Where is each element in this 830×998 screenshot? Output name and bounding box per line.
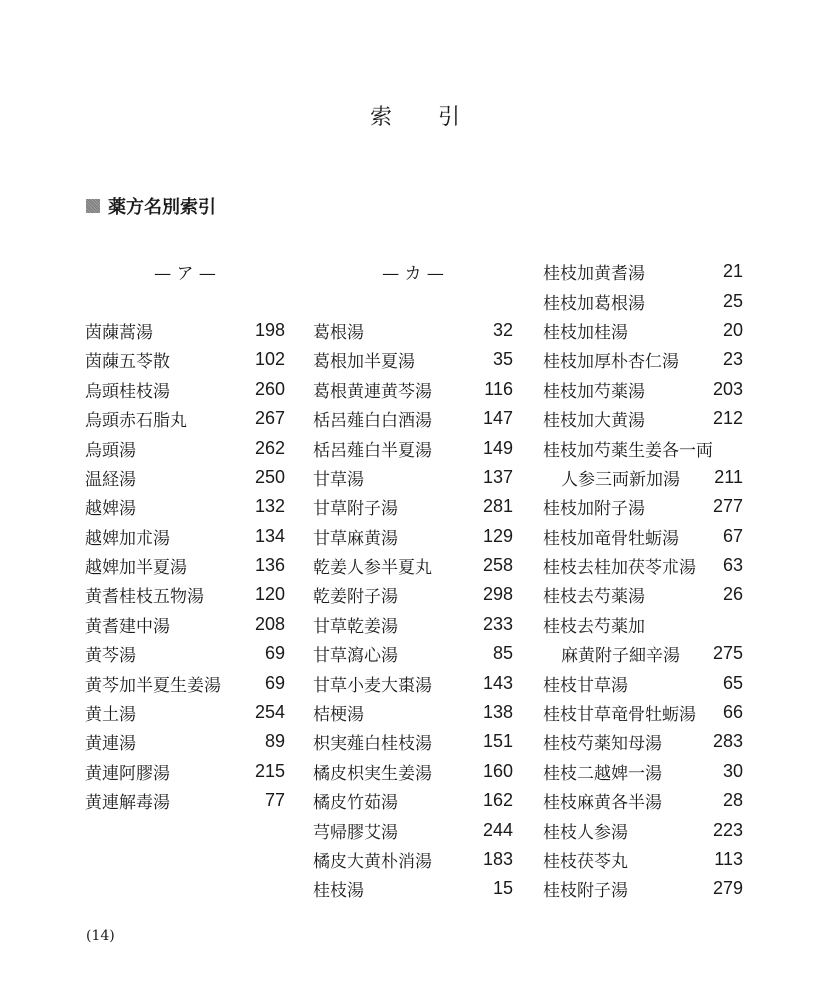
index-column-3: 桂枝加黄耆湯21桂枝加葛根湯25桂枝加桂湯20桂枝加厚朴杏仁湯23桂枝加芍薬湯2… [543,257,743,904]
index-entry: 甘草小麦大棗湯143 [313,668,513,697]
index-entry: 桂枝加竜骨牡蛎湯67 [543,522,743,551]
entry-name: 葛根黄連黄芩湯 [313,377,432,402]
entry-page-number: 233 [483,614,513,635]
entry-name: 橘皮枳実生姜湯 [313,759,432,784]
entry-page-number: 198 [255,320,285,341]
entry-name: 甘草附子湯 [313,494,398,519]
entry-name: 桂枝加黄耆湯 [543,259,645,284]
index-entry: 桂枝加黄耆湯21 [543,257,743,286]
index-entry: 黄耆桂枝五物湯120 [85,580,285,609]
index-entry: 越婢湯132 [85,492,285,521]
entry-page-number: 25 [723,291,743,312]
index-entry: 葛根黄連黄芩湯116 [313,375,513,404]
spacer [313,286,513,315]
entry-page-number: 244 [483,820,513,841]
entry-page-number: 113 [714,849,743,870]
entry-name: 甘草麻黄湯 [313,524,398,549]
entry-name: 桔梗湯 [313,700,364,725]
entry-name: 桂枝加芍薬湯 [543,377,645,402]
index-entry: 栝呂薤白半夏湯149 [313,433,513,462]
entry-name: 黄連解毒湯 [85,788,170,813]
entry-page-number: 267 [255,408,285,429]
entry-name: 橘皮大黄朴消湯 [313,847,432,872]
entry-name: 黄芩湯 [85,641,136,666]
index-entry: 黄耆建中湯208 [85,610,285,639]
entry-name: 葛根湯 [313,318,364,343]
entry-name: 乾姜人参半夏丸 [313,553,432,578]
entry-name: 桂枝加附子湯 [543,494,645,519]
section-title: 薬方名別索引 [108,193,216,219]
entry-page-number: 129 [483,526,513,547]
entry-name: 茵蔯五苓散 [85,347,170,372]
entry-name: 桂枝加桂湯 [543,318,628,343]
index-column-1: — ア —茵蔯蒿湯198茵蔯五苓散102烏頭桂枝湯260烏頭赤石脂丸267烏頭湯… [85,257,285,815]
entry-page-number: 85 [493,643,513,664]
entry-name: 枳実薤白桂枝湯 [313,729,432,754]
entry-name: 桂枝去芍薬湯 [543,582,645,607]
index-entry: 葛根湯32 [313,316,513,345]
page-title: 索引 [0,100,830,131]
entry-name: 黄芩加半夏生姜湯 [85,671,221,696]
entry-name: 桂枝去芍薬加 [543,612,645,637]
entry-page-number: 136 [255,555,285,576]
index-entry: 桂枝二越婢一湯30 [543,757,743,786]
section-header: 薬方名別索引 [86,193,216,219]
entry-name: 越婢湯 [85,494,136,519]
index-entry: 乾姜人参半夏丸258 [313,551,513,580]
entry-name: 甘草湯 [313,465,364,490]
entry-page-number: 26 [723,584,743,605]
entry-name: 桂枝附子湯 [543,876,628,901]
entry-name: 桂枝二越婢一湯 [543,759,662,784]
index-entry: 黄連湯89 [85,727,285,756]
index-entry: 桂枝麻黄各半湯28 [543,786,743,815]
index-entry: 黄芩加半夏生姜湯69 [85,668,285,697]
entry-page-number: 162 [483,790,513,811]
index-entry: 越婢加半夏湯136 [85,551,285,580]
entry-page-number: 281 [483,496,513,517]
entry-name: 桂枝甘草湯 [543,671,628,696]
entry-page-number: 212 [713,408,743,429]
entry-name: 黄連阿膠湯 [85,759,170,784]
entry-page-number: 147 [483,408,513,429]
entry-page-number: 138 [483,702,513,723]
entry-name: 烏頭赤石脂丸 [85,406,187,431]
entry-name: 黄連湯 [85,729,136,754]
entry-name: 葛根加半夏湯 [313,347,415,372]
index-entry: 甘草湯137 [313,463,513,492]
entry-page-number: 23 [723,349,743,370]
square-bullet-icon [86,199,100,213]
entry-name: 橘皮竹茹湯 [313,788,398,813]
entry-page-number: 63 [723,555,743,576]
entry-name: 甘草小麦大棗湯 [313,671,432,696]
entry-name: 烏頭桂枝湯 [85,377,170,402]
index-entry: 甘草乾姜湯233 [313,610,513,639]
index-entry: 烏頭湯262 [85,433,285,462]
entry-name: 栝呂薤白白酒湯 [313,406,432,431]
entry-page-number: 20 [723,320,743,341]
entry-page-number: 66 [723,702,743,723]
entry-page-number: 132 [255,496,285,517]
entry-name: 桂枝芍薬知母湯 [543,729,662,754]
entry-page-number: 208 [255,614,285,635]
entry-name: 桂枝茯苓丸 [543,847,628,872]
index-entry: 甘草瀉心湯85 [313,639,513,668]
entry-page-number: 279 [713,878,743,899]
kana-heading: — ア — [85,257,285,286]
kana-heading: — カ — [313,257,513,286]
entry-page-number: 32 [493,320,513,341]
entry-page-number: 223 [713,820,743,841]
entry-name: 人参三両新加湯 [543,465,680,490]
index-entry: 芎帰膠艾湯244 [313,815,513,844]
entry-page-number: 283 [713,731,743,752]
entry-page-number: 137 [483,467,513,488]
index-entry: 栝呂薤白白酒湯147 [313,404,513,433]
entry-name: 桂枝人参湯 [543,818,628,843]
page-number: (14) [86,928,115,944]
entry-name: 桂枝加芍薬生姜各一両 [543,436,713,461]
entry-name: 桂枝加厚朴杏仁湯 [543,347,679,372]
entry-name: 桂枝甘草竜骨牡蛎湯 [543,700,696,725]
index-entry: 温経湯250 [85,463,285,492]
index-entry: 黄連解毒湯77 [85,786,285,815]
entry-page-number: 28 [723,790,743,811]
entry-name: 温経湯 [85,465,136,490]
entry-page-number: 35 [493,349,513,370]
title-char-1: 索 [370,100,392,131]
entry-page-number: 298 [483,584,513,605]
entry-name: 桂枝去桂加茯苓朮湯 [543,553,696,578]
entry-page-number: 254 [255,702,285,723]
entry-page-number: 203 [713,379,743,400]
entry-page-number: 65 [723,673,743,694]
index-entry: 桂枝去芍薬湯26 [543,580,743,609]
entry-name: 越婢加朮湯 [85,524,170,549]
entry-name: 茵蔯蒿湯 [85,318,153,343]
index-entry: 烏頭桂枝湯260 [85,375,285,404]
index-entry: 桂枝附子湯279 [543,874,743,903]
entry-page-number: 120 [255,584,285,605]
entry-page-number: 21 [723,261,743,282]
entry-name: 芎帰膠艾湯 [313,818,398,843]
entry-page-number: 160 [483,761,513,782]
entry-page-number: 149 [483,438,513,459]
entry-name: 桂枝加葛根湯 [543,289,645,314]
entry-name: 黄耆建中湯 [85,612,170,637]
entry-page-number: 258 [483,555,513,576]
index-entry: 葛根加半夏湯35 [313,345,513,374]
entry-name: 甘草乾姜湯 [313,612,398,637]
entry-name: 黄土湯 [85,700,136,725]
entry-page-number: 262 [255,438,285,459]
index-entry: 人参三両新加湯211 [543,463,743,492]
entry-name: 越婢加半夏湯 [85,553,187,578]
entry-page-number: 77 [265,790,285,811]
index-entry: 桂枝加大黄湯212 [543,404,743,433]
entry-page-number: 89 [265,731,285,752]
kana-label: — ア — [154,259,216,284]
index-entry: 桂枝甘草竜骨牡蛎湯66 [543,698,743,727]
entry-name: 烏頭湯 [85,436,136,461]
index-entry: 甘草麻黄湯129 [313,522,513,551]
index-entry: 茵蔯五苓散102 [85,345,285,374]
index-entry: 黄芩湯69 [85,639,285,668]
entry-name: 乾姜附子湯 [313,582,398,607]
index-entry: 桂枝去芍薬加 [543,610,743,639]
index-entry: 越婢加朮湯134 [85,522,285,551]
entry-name: 桂枝麻黄各半湯 [543,788,662,813]
index-entry: 桂枝加芍薬生姜各一両 [543,433,743,462]
index-entry: 桂枝人参湯223 [543,815,743,844]
entry-page-number: 143 [483,673,513,694]
index-entry: 橘皮竹茹湯162 [313,786,513,815]
index-entry: 桂枝甘草湯65 [543,668,743,697]
entry-page-number: 30 [723,761,743,782]
index-entry: 桂枝去桂加茯苓朮湯63 [543,551,743,580]
entry-name: 麻黄附子細辛湯 [543,641,680,666]
entry-name: 栝呂薤白半夏湯 [313,436,432,461]
entry-page-number: 69 [265,643,285,664]
index-entry: 枳実薤白桂枝湯151 [313,727,513,756]
index-entry: 茵蔯蒿湯198 [85,316,285,345]
index-entry: 橘皮大黄朴消湯183 [313,845,513,874]
index-entry: 桂枝加桂湯20 [543,316,743,345]
index-entry: 黄連阿膠湯215 [85,757,285,786]
entry-page-number: 215 [255,761,285,782]
index-entry: 橘皮枳実生姜湯160 [313,757,513,786]
entry-page-number: 69 [265,673,285,694]
index-entry: 乾姜附子湯298 [313,580,513,609]
entry-page-number: 260 [255,379,285,400]
entry-name: 桂枝加竜骨牡蛎湯 [543,524,679,549]
entry-name: 黄耆桂枝五物湯 [85,582,204,607]
entry-page-number: 277 [713,496,743,517]
entry-page-number: 250 [255,467,285,488]
title-char-2: 引 [438,100,460,131]
entry-page-number: 102 [255,349,285,370]
entry-page-number: 15 [493,878,513,899]
entry-page-number: 211 [714,467,743,488]
index-entry: 麻黄附子細辛湯275 [543,639,743,668]
index-entry: 桂枝芍薬知母湯283 [543,727,743,756]
entry-page-number: 116 [484,379,513,400]
entry-page-number: 275 [713,643,743,664]
index-entry: 桂枝加葛根湯25 [543,286,743,315]
index-entry: 桂枝加厚朴杏仁湯23 [543,345,743,374]
index-entry: 桂枝湯15 [313,874,513,903]
index-entry: 桂枝加附子湯277 [543,492,743,521]
index-entry: 甘草附子湯281 [313,492,513,521]
index-entry: 桂枝茯苓丸113 [543,845,743,874]
index-entry: 桔梗湯138 [313,698,513,727]
entry-name: 甘草瀉心湯 [313,641,398,666]
kana-label: — カ — [382,259,444,284]
index-entry: 桂枝加芍薬湯203 [543,375,743,404]
spacer [85,286,285,315]
entry-page-number: 183 [483,849,513,870]
entry-name: 桂枝湯 [313,876,364,901]
entry-name: 桂枝加大黄湯 [543,406,645,431]
index-entry: 黄土湯254 [85,698,285,727]
index-entry: 烏頭赤石脂丸267 [85,404,285,433]
index-column-2: — カ —葛根湯32葛根加半夏湯35葛根黄連黄芩湯116栝呂薤白白酒湯147栝呂… [313,257,513,904]
entry-page-number: 67 [723,526,743,547]
entry-page-number: 151 [483,731,513,752]
entry-page-number: 134 [255,526,285,547]
